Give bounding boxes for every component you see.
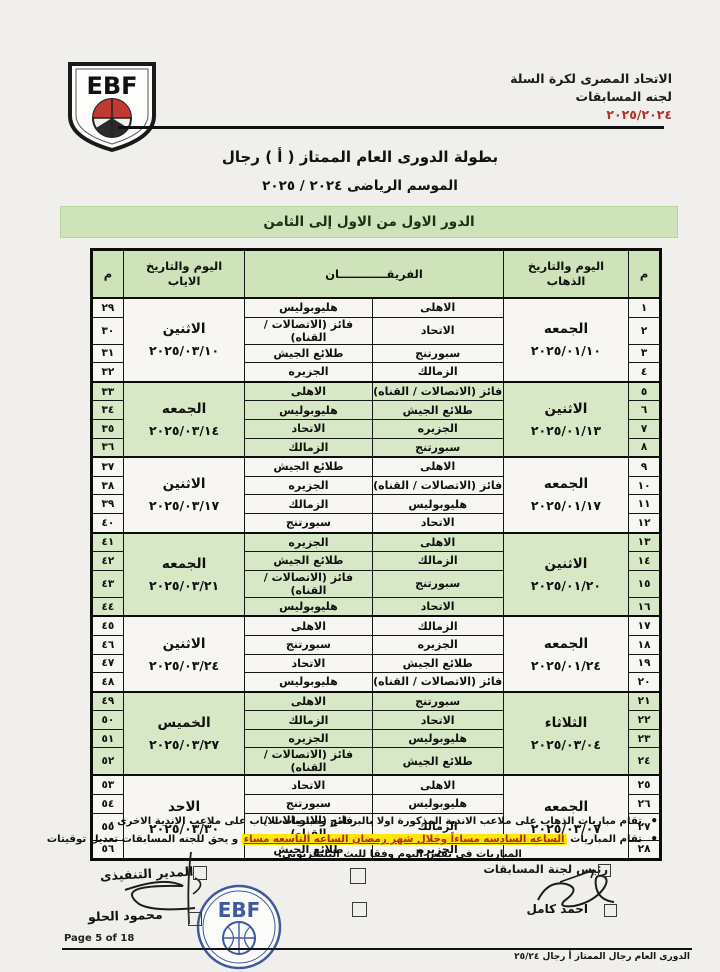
return-daydate: الاثنين٢٠٢٥/٠٣/١٠ <box>123 298 244 382</box>
team-second: طلائع الجيش <box>245 457 372 476</box>
checkbox-artifact <box>193 866 207 880</box>
return-daydate-day: الاثنين <box>124 321 244 337</box>
return-daydate: الجمعه٢٠٢٥/٠٣/١٤ <box>123 382 244 457</box>
team-first: الاتحاد <box>372 597 503 616</box>
team-second: الجزيره <box>245 729 372 748</box>
header-num-going: م <box>629 250 661 299</box>
match-row: ١الجمعه٢٠٢٥/٠١/١٠الاهلىهليوبوليسالاثنين٢… <box>92 298 661 317</box>
going-daydate: الجمعه٢٠٢٥/٠١/١٠ <box>503 298 628 382</box>
going-daydate-date: ٢٠٢٥/٠١/٢٤ <box>504 658 628 673</box>
match-row: ١٣الاثنين٢٠٢٥/٠١/٢٠الاهلىالجزيرهالجمعه٢٠… <box>92 533 661 552</box>
going-daydate-date: ٢٠٢٥/٠١/١٠ <box>504 343 628 358</box>
going-match-number: ١٨ <box>629 635 661 654</box>
header-divider <box>118 126 664 129</box>
return-match-number: ٤٢ <box>92 552 124 571</box>
return-match-number: ٥٠ <box>92 711 124 730</box>
going-daydate-day: الجمعه <box>504 476 628 492</box>
going-daydate: الجمعه٢٠٢٥/٠١/٢٤ <box>503 616 628 691</box>
return-match-number: ٢٩ <box>92 298 124 317</box>
going-daydate-date: ٢٠٢٥/٠٣/٠٤ <box>504 737 628 752</box>
return-match-number: ٤٠ <box>92 513 124 532</box>
team-second: سبورتنج <box>245 635 372 654</box>
org-season: ٢٠٢٥/٢٠٢٤ <box>510 106 672 124</box>
return-match-number: ٤٤ <box>92 597 124 616</box>
return-daydate-day: الاحد <box>124 799 244 815</box>
return-daydate-date: ٢٠٢٥/٠٣/١٤ <box>124 423 244 438</box>
match-row: ٩الجمعه٢٠٢٥/٠١/١٧الاهلىطلائع الجيشالاثني… <box>92 457 661 476</box>
ebf-round-text: EBF <box>218 898 261 922</box>
going-match-number: ١٢ <box>629 513 661 532</box>
going-match-number: ١ <box>629 298 661 317</box>
team-second: الاتحاد <box>245 419 372 438</box>
header-teams: الفريقــــــــــــان <box>245 250 503 299</box>
return-match-number: ٣٣ <box>92 382 124 401</box>
going-daydate-date: ٢٠٢٥/٠١/١٣ <box>504 423 628 438</box>
team-second: الجزيره <box>245 476 372 495</box>
return-match-number: ٣٢ <box>92 363 124 382</box>
going-match-number: ٢٥ <box>629 775 661 794</box>
return-daydate-day: الجمعه <box>124 556 244 572</box>
return-daydate-date: ٢٠٢٥/٠٣/٢٤ <box>124 658 244 673</box>
going-match-number: ١٦ <box>629 597 661 616</box>
return-match-number: ٤١ <box>92 533 124 552</box>
team-first: الزمالك <box>372 363 503 382</box>
match-row: ٢٥الجمعه٢٠٢٥/٠٣/٠٧الاهلىالاتحادالاحد٢٠٢٥… <box>92 775 661 794</box>
return-match-number: ٥٢ <box>92 748 124 776</box>
team-first: فائز (الاتصالات / القناه) <box>372 673 503 692</box>
team-second: هليوبوليس <box>245 597 372 616</box>
going-match-number: ٢٤ <box>629 748 661 776</box>
return-match-number: ٥٤ <box>92 795 124 814</box>
checkbox-artifact <box>352 902 367 917</box>
return-match-number: ٣٥ <box>92 419 124 438</box>
team-second: الاهلى <box>245 692 372 711</box>
team-second: الزمالك <box>245 495 372 514</box>
return-match-number: ٣٠ <box>92 317 124 344</box>
team-first: الاهلى <box>372 457 503 476</box>
header-return-label: الاياب <box>124 274 244 289</box>
return-daydate-day: الاثنين <box>124 636 244 652</box>
checkbox-artifact <box>188 912 202 926</box>
going-match-number: ١٣ <box>629 533 661 552</box>
match-row: ٥الاثنين٢٠٢٥/٠١/١٣فائز (الاتصالات / القن… <box>92 382 661 401</box>
team-second: طلائع الجيش <box>245 552 372 571</box>
team-first: الجزيره <box>372 635 503 654</box>
going-match-number: ٢٦ <box>629 795 661 814</box>
return-match-number: ٣٨ <box>92 476 124 495</box>
round-banner: الدور الاول من الاول إلى الثامن <box>60 206 678 238</box>
org-header: الاتحاد المصرى لكرة السلة لجنه المسابقات… <box>510 70 672 124</box>
going-match-number: ١٠ <box>629 476 661 495</box>
ebf-round-logo: EBF <box>196 884 282 970</box>
team-second: هليوبوليس <box>245 401 372 420</box>
note-venues: تقام مباريات الذهاب على ملاعب الاندية ال… <box>38 814 668 829</box>
team-first: طلائع الجيش <box>372 401 503 420</box>
going-daydate-day: الاثنين <box>504 556 628 572</box>
schedule-body: ١الجمعه٢٠٢٥/٠١/١٠الاهلىهليوبوليسالاثنين٢… <box>92 298 661 860</box>
team-second: طلائع الجيش <box>245 344 372 363</box>
team-second: الجزيره <box>245 363 372 382</box>
return-daydate-date: ٢٠٢٥/٠٣/٢٧ <box>124 737 244 752</box>
return-match-number: ٣٦ <box>92 438 124 457</box>
return-match-number: ٤٧ <box>92 654 124 673</box>
note-times-suffix: و يحق للجنه المسابقات تعديل توقيتات <box>47 834 242 845</box>
return-match-number: ٤٦ <box>92 635 124 654</box>
going-daydate: الاثنين٢٠٢٥/٠١/١٣ <box>503 382 628 457</box>
ebf-shield-text: EBF <box>86 72 137 100</box>
return-match-number: ٣٩ <box>92 495 124 514</box>
going-match-number: ٩ <box>629 457 661 476</box>
team-first: الاهلى <box>372 533 503 552</box>
going-daydate-day: الجمعه <box>504 636 628 652</box>
team-second: هليوبوليس <box>245 673 372 692</box>
team-second: الاهلى <box>245 616 372 635</box>
going-match-number: ٧ <box>629 419 661 438</box>
team-second: الاتحاد <box>245 654 372 673</box>
team-first: الاتحاد <box>372 711 503 730</box>
return-match-number: ٣٧ <box>92 457 124 476</box>
team-first: هليوبوليس <box>372 495 503 514</box>
return-daydate-date: ٢٠٢٥/٠٣/١٧ <box>124 498 244 513</box>
return-match-number: ٤٨ <box>92 673 124 692</box>
note-times-highlight: الساعه السادسه مساءاً وخلال شهر رمضان ال… <box>242 834 567 845</box>
going-match-number: ١٥ <box>629 570 661 597</box>
return-daydate-day: الجمعه <box>124 401 244 417</box>
team-second: هليوبوليس <box>245 298 372 317</box>
going-match-number: ٤ <box>629 363 661 382</box>
return-daydate: الاثنين٢٠٢٥/٠٣/٢٤ <box>123 616 244 691</box>
return-daydate: الخميس٢٠٢٥/٠٣/٢٧ <box>123 692 244 776</box>
return-daydate-date: ٢٠٢٥/٠٣/٢١ <box>124 578 244 593</box>
team-second: الاتحاد <box>245 775 372 794</box>
going-match-number: ٦ <box>629 401 661 420</box>
return-match-number: ٣٤ <box>92 401 124 420</box>
going-daydate-day: الجمعه <box>504 321 628 337</box>
return-match-number: ٤٩ <box>92 692 124 711</box>
going-match-number: ٢١ <box>629 692 661 711</box>
team-first: الاهلى <box>372 775 503 794</box>
checkbox-artifact <box>604 904 617 917</box>
team-second: فائز (الاتصالات / القناه) <box>245 748 372 776</box>
going-match-number: ٢ <box>629 317 661 344</box>
going-match-number: ١٤ <box>629 552 661 571</box>
going-match-number: ٢٠ <box>629 673 661 692</box>
team-first: فائز (الاتصالات / القناه) <box>372 476 503 495</box>
going-match-number: ٢٣ <box>629 729 661 748</box>
committee-chair-name: احمد كامل <box>526 902 588 916</box>
team-first: سبورتنج <box>372 438 503 457</box>
header-going-daydate: اليوم والتاريخ الذهاب <box>503 250 628 299</box>
checkbox-artifact <box>598 864 611 877</box>
header-going-label: الذهاب <box>504 274 628 289</box>
team-second: الزمالك <box>245 711 372 730</box>
team-first: سبورتنج <box>372 344 503 363</box>
return-daydate-date: ٢٠٢٥/٠٣/١٠ <box>124 343 244 358</box>
return-daydate: الجمعه٢٠٢٥/٠٣/٢١ <box>123 533 244 617</box>
team-first: هليوبوليس <box>372 795 503 814</box>
going-daydate-date: ٢٠٢٥/٠١/١٧ <box>504 498 628 513</box>
going-daydate-day: الاثنين <box>504 401 628 417</box>
schedule-table: م اليوم والتاريخ الذهاب الفريقــــــــــ… <box>90 248 662 861</box>
return-match-number: ٥١ <box>92 729 124 748</box>
return-daydate-day: الخميس <box>124 715 244 731</box>
team-first: سبورتنج <box>372 692 503 711</box>
team-second: سبورتنج <box>245 795 372 814</box>
team-first: طلائع الجيش <box>372 654 503 673</box>
page-number-label: Page 5 of 18 <box>64 933 134 944</box>
going-daydate-date: ٢٠٢٥/٠١/٢٠ <box>504 578 628 593</box>
team-first: هليوبوليس <box>372 729 503 748</box>
team-first: سبورتنج <box>372 570 503 597</box>
header-return-daydate: اليوم والتاريخ الاياب <box>123 250 244 299</box>
going-match-number: ٢٢ <box>629 711 661 730</box>
match-row: ٢١الثلاثاء٢٠٢٥/٠٣/٠٤سبورتنجالاهلىالخميس٢… <box>92 692 661 711</box>
header-num-return: م <box>92 250 124 299</box>
going-match-number: ٨ <box>629 438 661 457</box>
team-first: الزمالك <box>372 616 503 635</box>
going-match-number: ٥ <box>629 382 661 401</box>
note-times-prefix: تقام المباريات <box>567 834 642 845</box>
going-daydate: الثلاثاء٢٠٢٥/٠٣/٠٤ <box>503 692 628 776</box>
season-title: الموسم الرياضى ٢٠٢٤ / ٢٠٢٥ <box>0 178 720 194</box>
document-page: EBF الاتحاد المصرى لكرة السلة لجنه المسا… <box>0 0 720 972</box>
org-name: الاتحاد المصرى لكرة السلة <box>510 70 672 88</box>
going-daydate-day: الجمعه <box>504 799 628 815</box>
going-daydate: الجمعه٢٠٢٥/٠١/١٧ <box>503 457 628 532</box>
team-second: فائز (الاتصالات / القناه) <box>245 570 372 597</box>
team-first: الجزيره <box>372 419 503 438</box>
going-daydate: الاثنين٢٠٢٥/٠١/٢٠ <box>503 533 628 617</box>
return-daydate-day: الاثنين <box>124 476 244 492</box>
team-second: الاهلى <box>245 382 372 401</box>
going-match-number: ١٩ <box>629 654 661 673</box>
going-match-number: ١٧ <box>629 616 661 635</box>
checkbox-artifact <box>350 868 366 884</box>
return-match-number: ٤٣ <box>92 570 124 597</box>
going-daydate-day: الثلاثاء <box>504 715 628 731</box>
team-first: فائز (الاتصالات / القناه) <box>372 382 503 401</box>
going-match-number: ١١ <box>629 495 661 514</box>
match-row: ١٧الجمعه٢٠٢٥/٠١/٢٤الزمالكالاهلىالاثنين٢٠… <box>92 616 661 635</box>
championship-title: بطولة الدورى العام الممتاز ( أ ) رجال <box>0 148 720 166</box>
return-match-number: ٥٣ <box>92 775 124 794</box>
team-first: الاتحاد <box>372 513 503 532</box>
team-first: الاتحاد <box>372 317 503 344</box>
return-daydate: الاثنين٢٠٢٥/٠٣/١٧ <box>123 457 244 532</box>
return-match-number: ٤٥ <box>92 616 124 635</box>
note-venues-text: تقام مباريات الذهاب على ملاعب الاندية ال… <box>110 816 642 827</box>
going-match-number: ٣ <box>629 344 661 363</box>
team-second: سبورتنج <box>245 513 372 532</box>
executive-director-name: محمود الحلو <box>88 907 163 925</box>
team-first: الاهلى <box>372 298 503 317</box>
header-daydate-label2: اليوم والتاريخ <box>124 259 244 274</box>
team-first: الزمالك <box>372 552 503 571</box>
team-second: الجزيره <box>245 533 372 552</box>
ebf-shield-logo: EBF <box>62 60 162 152</box>
team-second: الزمالك <box>245 438 372 457</box>
footer-doc-label: الدورى العام رجال الممتاز أ رجال ٢٥/٢٤ <box>514 952 690 962</box>
team-first: طلائع الجيش <box>372 748 503 776</box>
org-committee: لجنه المسابقات <box>510 88 672 106</box>
header-daydate-label: اليوم والتاريخ <box>504 259 628 274</box>
return-match-number: ٣١ <box>92 344 124 363</box>
footer-divider <box>62 948 692 950</box>
team-second: فائز (الاتصالات / القناه) <box>245 317 372 344</box>
